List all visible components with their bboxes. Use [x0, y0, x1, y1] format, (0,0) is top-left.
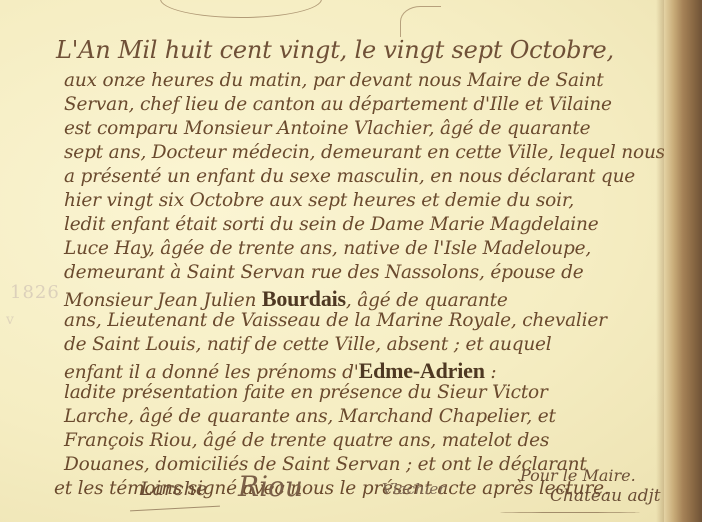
page-edge-shadow: [656, 0, 664, 522]
signature-mayor-deputy: Chateau adjt: [550, 486, 661, 506]
register-page: 1826 v L'An Mil huit cent vingt, le ving…: [0, 0, 702, 522]
signature-declarant: Vlachier: [382, 480, 445, 498]
signatures-area: Larche Riou Vlachier Pour le Maire. Chat…: [0, 0, 702, 522]
book-binding: [664, 0, 702, 522]
mayor-label: Pour le Maire.: [520, 466, 636, 485]
signature-witness-larche: Larche: [140, 478, 207, 500]
signature-flourish: [500, 512, 640, 513]
signature-flourish: [130, 506, 220, 512]
signature-witness-riou: Riou: [238, 470, 303, 503]
